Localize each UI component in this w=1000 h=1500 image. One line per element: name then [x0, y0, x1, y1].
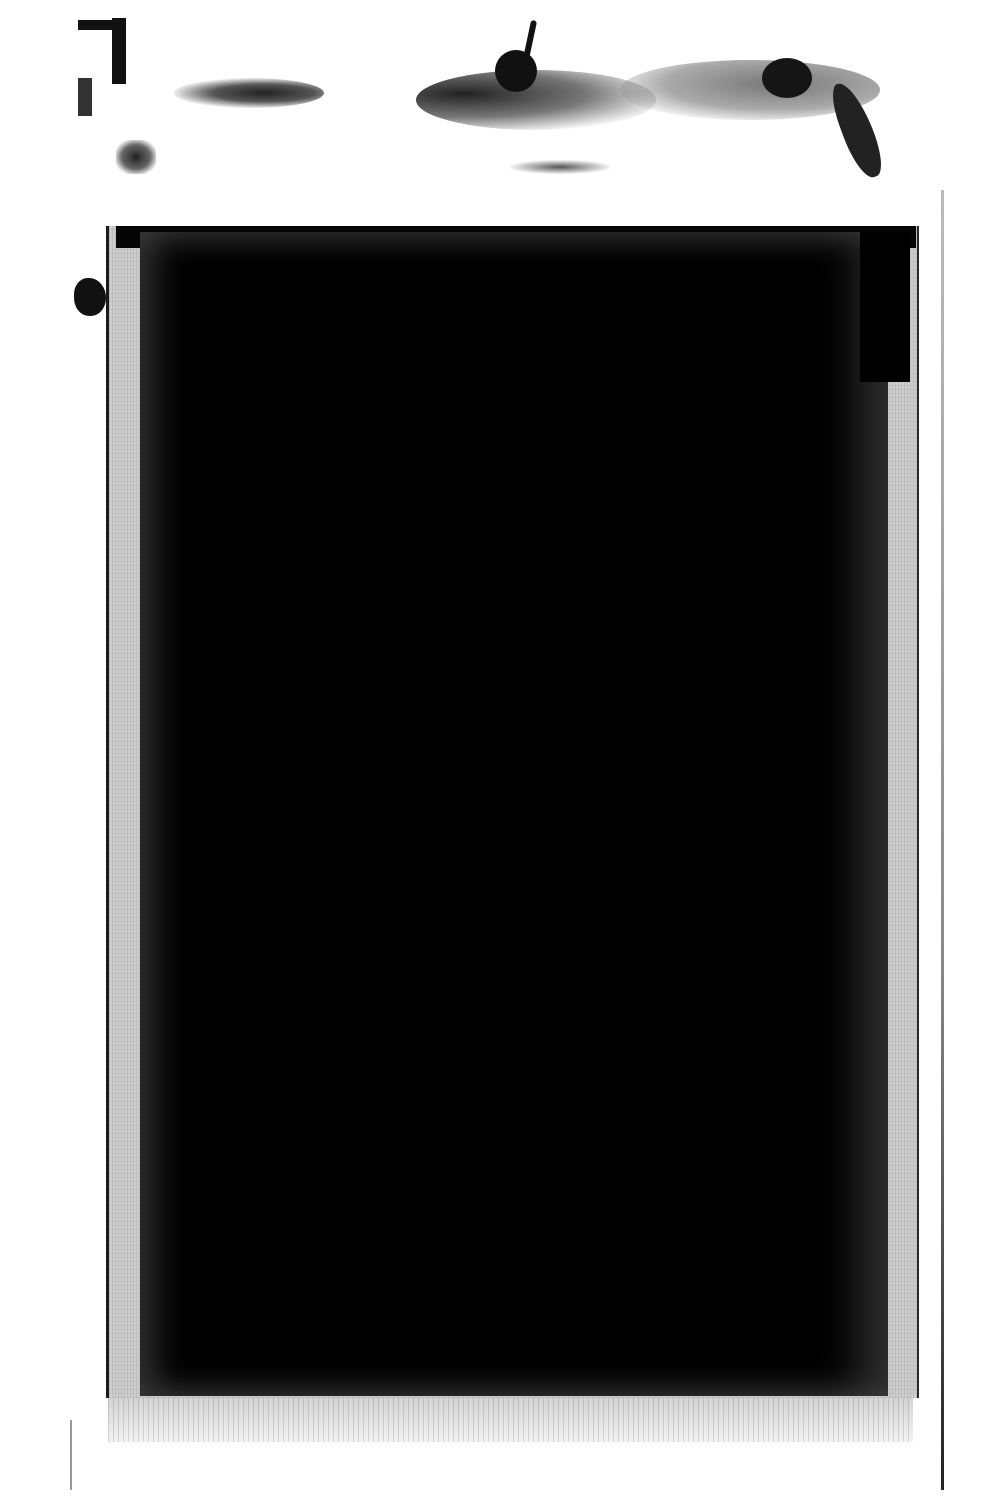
photo-area — [140, 232, 888, 1396]
paper-edge-line — [941, 190, 944, 1490]
film-frame-bottom-strip — [108, 1398, 913, 1442]
paper-edge-line — [70, 1420, 72, 1490]
ink-blob — [74, 278, 106, 316]
ink-smudge — [116, 140, 156, 174]
ink-smudge — [416, 70, 656, 130]
ink-mark — [78, 78, 92, 116]
photo-area-bleed — [860, 232, 910, 382]
ink-smudge — [510, 160, 610, 174]
ink-mark — [112, 18, 126, 84]
ink-drip — [523, 20, 537, 60]
ink-drop — [495, 50, 537, 92]
ink-drop — [762, 58, 812, 98]
ink-smudge — [174, 78, 324, 108]
